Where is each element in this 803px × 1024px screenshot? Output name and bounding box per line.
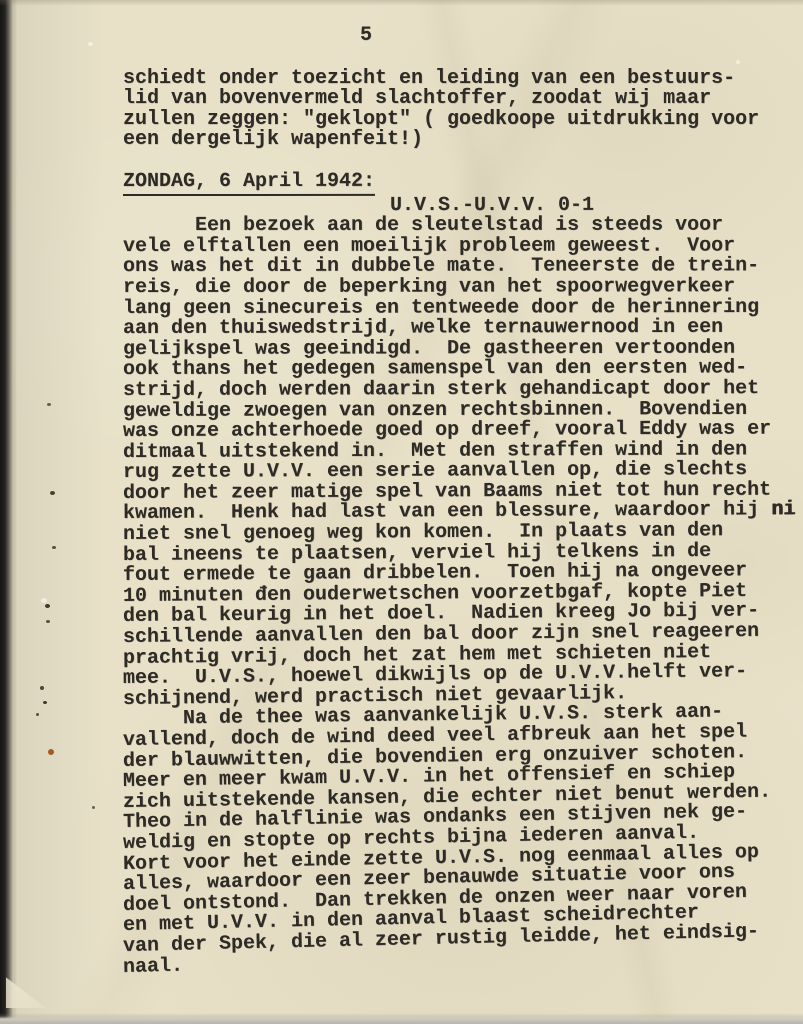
intro-paragraph: schiedt onder toezicht en leiding van ee… — [123, 69, 801, 151]
first-half-paragraph: Een bezoek aan de sleutelstad is steeds … — [123, 216, 801, 710]
paper-speck — [50, 491, 55, 495]
paper-speck — [48, 749, 54, 755]
paper-speck — [43, 701, 47, 704]
typed-line: lid van bovenvermeld slachtoffer, zoodat… — [123, 89, 801, 110]
paper-speck — [52, 546, 56, 549]
date-heading-row: ZONDAG, 6 April 1942: — [123, 172, 801, 196]
paper-left-shading — [14, 0, 110, 1024]
paper-speck — [45, 604, 50, 608]
paper-speck — [88, 42, 93, 46]
margin-overstrike-text: ni — [759, 499, 795, 522]
scan-edge-bottom — [0, 1013, 803, 1024]
paper-speck — [92, 806, 95, 809]
date-heading: ZONDAG, 6 April 1942: — [123, 172, 375, 196]
typed-line: een dergelijk wapenfeit!) — [123, 130, 801, 151]
paper-speck — [47, 403, 51, 406]
paper-speck — [40, 686, 44, 690]
page-number: 5 — [360, 26, 801, 47]
paper-speck — [41, 598, 47, 603]
scan-edge-top — [0, 0, 803, 6]
scanned-typewritten-page: 5 schiedt onder toezicht en leiding van … — [0, 0, 803, 1024]
paper-speck — [36, 713, 39, 716]
scan-edge-left — [0, 0, 17, 1024]
typed-text-block: 5 schiedt onder toezicht en leiding van … — [123, 26, 801, 978]
paper-speck — [46, 620, 50, 623]
second-half-paragraph: Na de thee was aanvankelijk U.V.S. sterk… — [123, 710, 801, 978]
